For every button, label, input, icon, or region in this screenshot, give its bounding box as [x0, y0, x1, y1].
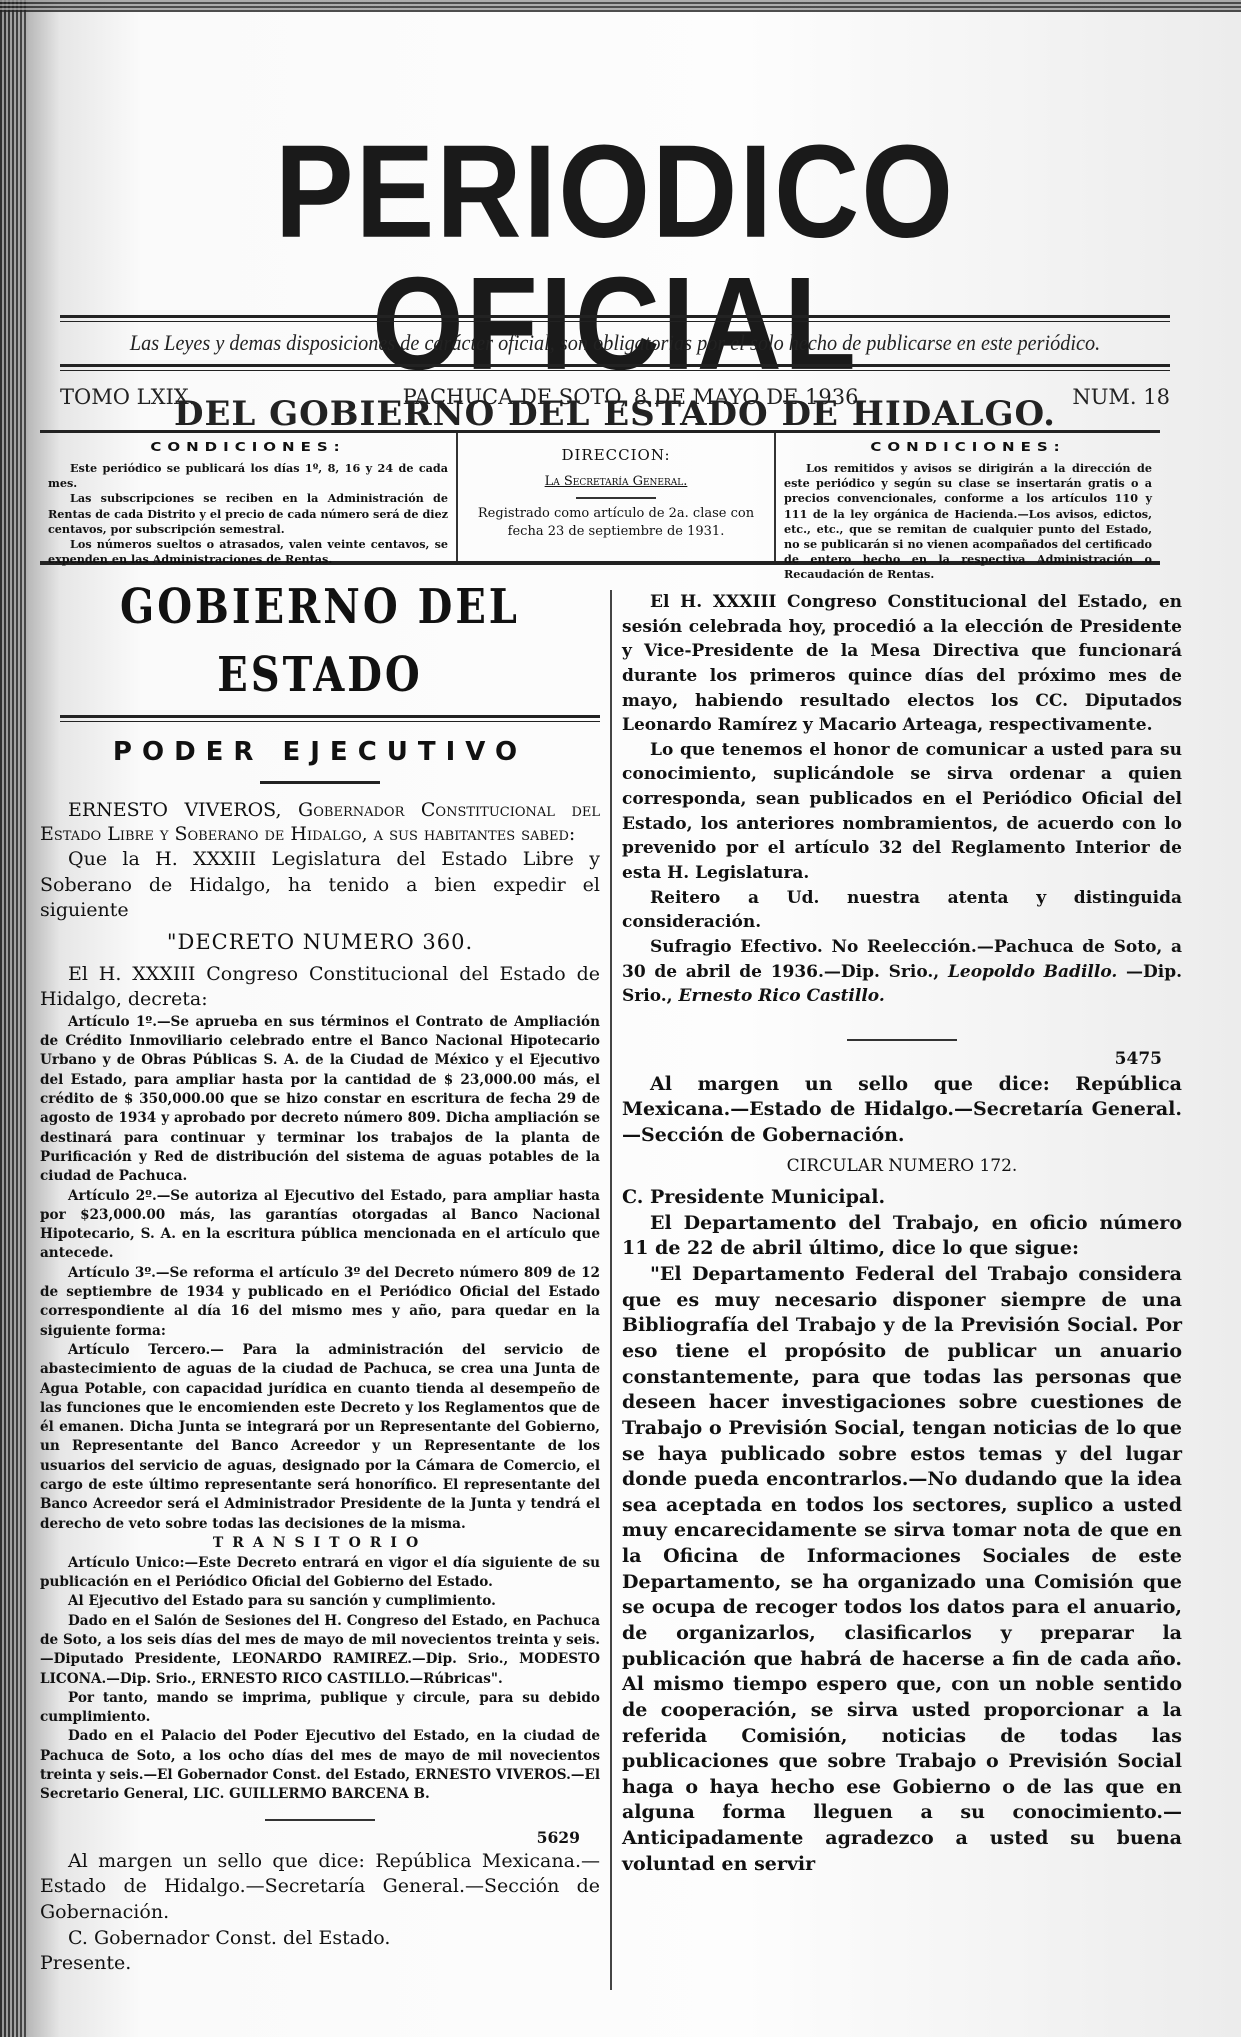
- conditions-bar: CONDICIONES: Este periódico se publicará…: [40, 430, 1160, 565]
- addressee: C. Presidente Municipal.: [622, 1185, 1182, 1211]
- congress-text: El H. XXXIII Congreso Constitucional del…: [40, 962, 600, 1013]
- section-title: GOBIERNO DEL ESTADO: [40, 574, 600, 710]
- paragraph: El Departamento del Trabajo, en oficio n…: [622, 1211, 1182, 1262]
- right-column: El H. XXXIII Congreso Constitucional del…: [610, 590, 1182, 1990]
- article: Artículo 3º.—Se reforma el artículo 3º d…: [40, 1264, 600, 1341]
- closing-text: Dado en el Salón de Sesiones del H. Cong…: [40, 1612, 600, 1689]
- closing-word: Presente.: [40, 1951, 600, 1977]
- conditions-right: CONDICIONES: Los remitidos y avisos se d…: [776, 433, 1160, 561]
- scan-edge-left: [0, 0, 26, 2037]
- divider: [847, 1039, 957, 1041]
- left-column: GOBIERNO DEL ESTADO PODER EJECUTIVO ERNE…: [40, 585, 600, 1977]
- volume: TOMO LXIX.: [60, 385, 195, 409]
- article: Artículo Tercero.— Para la administració…: [40, 1341, 600, 1534]
- article: Artículo 1º.—Se aprueba en sus términos …: [40, 1013, 600, 1187]
- divider: [60, 715, 600, 722]
- transitorio-heading: TRANSITORIO: [40, 1534, 600, 1554]
- decree-title: "DECRETO NUMERO 360.: [40, 928, 600, 958]
- condition-text: Los números sueltos o atrasados, valen v…: [48, 537, 448, 567]
- paragraph: Reitero a Ud. nuestra atenta y distingui…: [622, 886, 1182, 935]
- governor-intro: ERNESTO VIVEROS, Gobernador Constitucion…: [40, 798, 600, 847]
- registration-text: Registrado como artículo de 2a. clase co…: [466, 505, 766, 541]
- condition-text: Las subscripciones se reciben en la Admi…: [48, 491, 448, 536]
- newspaper-page: PERIODICO OFICIAL DEL GOBIERNO DEL ESTAD…: [0, 0, 1241, 2037]
- condition-text: Los remitidos y avisos se dirigirán a la…: [784, 461, 1152, 582]
- paragraph: Lo que tenemos el honor de comunicar a u…: [622, 738, 1182, 886]
- divider: [265, 1819, 375, 1821]
- conditions-left: CONDICIONES: Este periódico se publicará…: [40, 433, 458, 561]
- divider: [260, 781, 380, 784]
- scan-edge-top: [0, 0, 1241, 12]
- margin-note: Al margen un sello que dice: República M…: [622, 1072, 1182, 1149]
- issue-number: NUM. 18: [1072, 385, 1170, 409]
- reference-number: 5629: [40, 1827, 600, 1849]
- margin-note: Al margen un sello que dice: República M…: [40, 1849, 600, 1926]
- divider: [576, 497, 656, 499]
- section-subtitle: PODER EJECUTIVO: [40, 734, 600, 771]
- conditions-heading: CONDICIONES:: [784, 439, 1152, 455]
- signer-name: Leopoldo Badillo.: [948, 962, 1117, 982]
- place-date: PACHUCA DE SOTO, 8 DE MAYO DE 1936.: [403, 385, 866, 409]
- circular-title: CIRCULAR NUMERO 172.: [622, 1154, 1182, 1179]
- legal-notice: Las Leyes y demas disposiciones de carác…: [104, 322, 1125, 364]
- conditions-heading: CONDICIONES:: [48, 439, 448, 455]
- legal-notice-band: Las Leyes y demas disposiciones de carác…: [60, 315, 1170, 371]
- paragraph: El H. XXXIII Congreso Constitucional del…: [622, 590, 1182, 738]
- divider: [60, 315, 1170, 322]
- signer-name: Ernesto Rico Castillo.: [679, 986, 885, 1006]
- article: Artículo 2º.—Se autoriza al Ejecutivo de…: [40, 1187, 600, 1264]
- transitorio-text: Artículo Unico:—Este Decreto entrará en …: [40, 1554, 600, 1593]
- direction-box: DIRECCION: La Secretaría General. Regist…: [458, 433, 776, 561]
- condition-text: Este periódico se publicará los días 1º,…: [48, 461, 448, 491]
- signature-block: Sufragio Efectivo. No Reelección.—Pachuc…: [622, 935, 1182, 1009]
- closing-text: Al Ejecutivo del Estado para su sanción …: [40, 1592, 600, 1611]
- legislature-text: Que la H. XXXIII Legislatura del Estado …: [40, 847, 600, 924]
- reference-number: 5475: [622, 1047, 1182, 1072]
- closing-text: Por tanto, mando se imprima, publique y …: [40, 1689, 600, 1728]
- paragraph: "El Departamento Federal del Trabajo con…: [622, 1262, 1182, 1877]
- divider: [60, 364, 1170, 371]
- issue-info: TOMO LXIX. PACHUCA DE SOTO, 8 DE MAYO DE…: [60, 385, 1170, 409]
- addressee: C. Gobernador Const. del Estado.: [40, 1926, 600, 1952]
- closing-text: Dado en el Palacio del Poder Ejecutivo d…: [40, 1727, 600, 1804]
- direction-heading: DIRECCION:: [466, 445, 766, 465]
- direction-secretaria: La Secretaría General.: [466, 473, 766, 491]
